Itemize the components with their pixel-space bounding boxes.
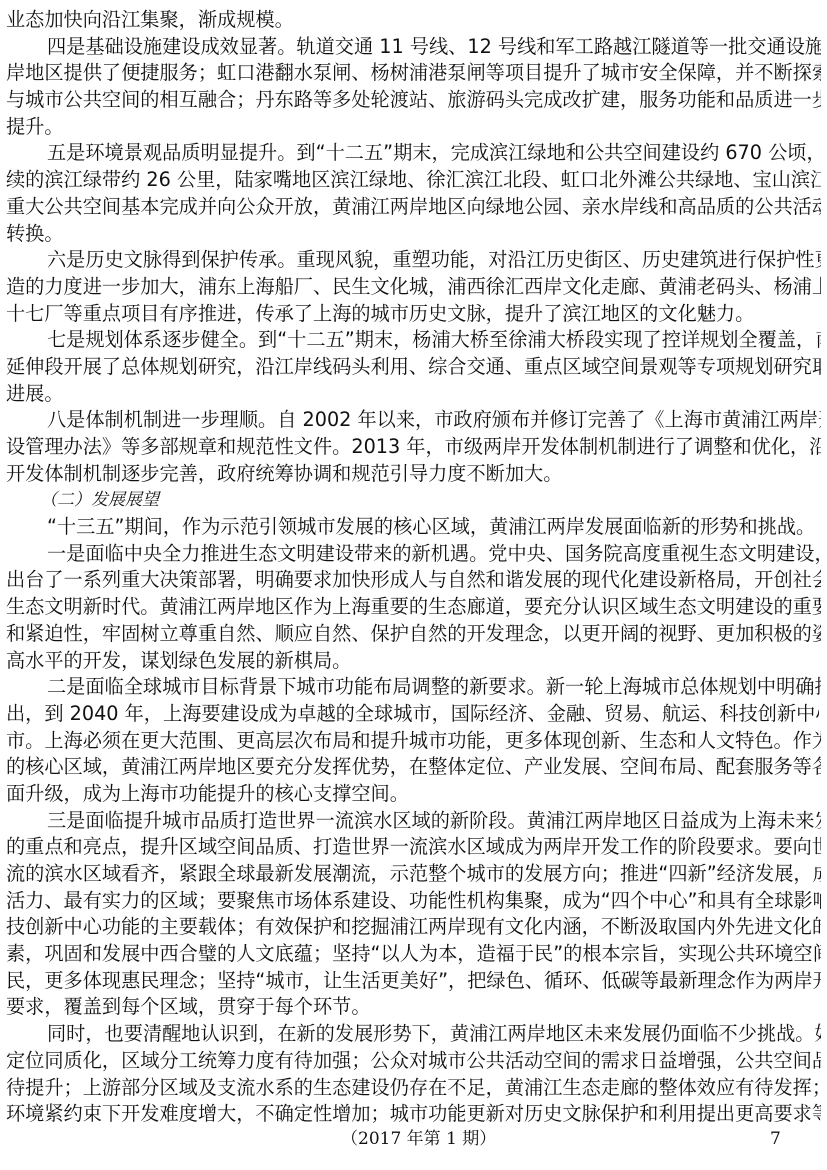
body-text: 业态加快向沿江集聚，渐成规模。四是基础设施建设成效显著。轨道交通 11 号线、1… xyxy=(6,7,821,1128)
text-line: 和紧迫性，牢固树立尊重自然、顺应自然、保护自然的开发理念，以更开阔的视野、更加积… xyxy=(6,621,821,648)
text-line: “十三五”期间，作为示范引领城市发展的核心区域，黄浦江两岸发展面临新的形势和挑战… xyxy=(6,514,821,541)
paragraph: 业态加快向沿江集聚，渐成规模。 xyxy=(6,7,821,34)
paragraph: 七是规划体系逐步健全。到“十二五”期末，杨浦大桥至徐浦大桥段实现了控详规划全覆盖… xyxy=(6,327,821,407)
issue-label: （2017 年第 1 期） xyxy=(341,1126,496,1152)
text-line: 七是规划体系逐步健全。到“十二五”期末，杨浦大桥至徐浦大桥段实现了控详规划全覆盖… xyxy=(6,327,821,354)
heading-text: （二）发展展望 xyxy=(6,487,821,514)
text-line: 出台了一系列重大决策部署，明确要求加快形成人与自然和谐发展的现代化建设新格局，开… xyxy=(6,567,821,594)
text-line: 四是基础设施建设成效显著。轨道交通 11 号线、12 号线和军工路越江隧道等一批… xyxy=(6,34,821,61)
paragraph: “十三五”期间，作为示范引领城市发展的核心区域，黄浦江两岸发展面临新的形势和挑战… xyxy=(6,514,821,541)
page-number: 7 xyxy=(770,1126,781,1152)
paragraph: 五是环境景观品质明显提升。到“十二五”期末，完成滨江绿地和公共空间建设约 670… xyxy=(6,140,821,247)
text-line: 十七厂等重点项目有序推进，传承了上海的城市历史文脉，提升了滨江地区的文化魅力。 xyxy=(6,301,821,328)
text-line: 要求，覆盖到每个区域，贯穿于每个环节。 xyxy=(6,994,821,1021)
text-line: 提升。 xyxy=(6,114,821,141)
text-line: 岸地区提供了便捷服务；虹口港翻水泵闸、杨树浦港泵闸等项目提升了城市安全保障，并不… xyxy=(6,60,821,87)
text-line: 六是历史文脉得到保护传承。重现风貌，重塑功能，对沿江历史街区、历史建筑进行保护性… xyxy=(6,247,821,274)
text-line: 生态文明新时代。黄浦江两岸地区作为上海重要的生态廊道，要充分认识区域生态文明建设… xyxy=(6,594,821,621)
text-line: 延伸段开展了总体规划研究，沿江岸线码头利用、综合交通、重点区域空间景观等专项规划… xyxy=(6,354,821,381)
text-line: 设管理办法》等多部规章和规范性文件。2013 年，市级两岸开发体制机制进行了调整… xyxy=(6,434,821,461)
text-line: 一是面临中央全力推进生态文明建设带来的新机遇。党中央、国务院高度重视生态文明建设… xyxy=(6,541,821,568)
paragraph: 六是历史文脉得到保护传承。重现风貌，重塑功能，对沿江历史街区、历史建筑进行保护性… xyxy=(6,247,821,327)
paragraph: 同时，也要清醒地认识到，在新的发展形势下，黄浦江两岸地区未来发展仍面临不少挑战。… xyxy=(6,1021,821,1128)
text-line: 转换。 xyxy=(6,221,821,248)
text-line: 素，巩固和发展中西合璧的人文底蕴；坚持“以人为本，造福于民”的根本宗旨，实现公共… xyxy=(6,941,821,968)
text-line: 的重点和亮点，提升区域空间品质、打造世界一流滨水区域成为两岸开发工作的阶段要求。… xyxy=(6,834,821,861)
text-line: 五是环境景观品质明显提升。到“十二五”期末，完成滨江绿地和公共空间建设约 670… xyxy=(6,140,821,167)
text-line: 的核心区域，黄浦江两岸地区要充分发挥优势，在整体定位、产业发展、空间布局、配套服… xyxy=(6,754,821,781)
text-line: 技创新中心功能的主要载体；有效保护和挖掘浦江两岸现有文化内涵，不断汲取国内外先进… xyxy=(6,914,821,941)
text-line: 进展。 xyxy=(6,381,821,408)
text-line: 民，更多体现惠民理念；坚持“城市，让生活更美好”，把绿色、循环、低碳等最新理念作… xyxy=(6,968,821,995)
text-line: 二是面临全球城市目标背景下城市功能布局调整的新要求。新一轮上海城市总体规划中明确… xyxy=(6,674,821,701)
page-footer: （2017 年第 1 期） 7 xyxy=(0,1126,827,1152)
text-line: 待提升；上游部分区域及支流水系的生态建设仍存在不足，黄浦江生态走廊的整体效应有待… xyxy=(6,1075,821,1102)
text-line: 面升级，成为上海市功能提升的核心支撑空间。 xyxy=(6,781,821,808)
text-line: 流的滨水区域看齐，紧跟全球最新发展潮流，示范整个城市的发展方向；推进“四新”经济… xyxy=(6,861,821,888)
paragraph: 一是面临中央全力推进生态文明建设带来的新机遇。党中央、国务院高度重视生态文明建设… xyxy=(6,541,821,674)
text-line: 开发体制机制逐步完善，政府统筹协调和规范引导力度不断加大。 xyxy=(6,461,821,488)
paragraph: 八是体制机制进一步理顺。自 2002 年以来，市政府颁布并修订完善了《上海市黄浦… xyxy=(6,407,821,487)
text-line: 环境紧约束下开发难度增大，不确定性增加；城市功能更新对历史文脉保护和利用提出更高… xyxy=(6,1101,821,1128)
section-heading: （二）发展展望 xyxy=(6,487,821,514)
text-line: 三是面临提升城市品质打造世界一流滨水区域的新阶段。黄浦江两岸地区日益成为上海未来… xyxy=(6,808,821,835)
text-line: 业态加快向沿江集聚，渐成规模。 xyxy=(6,7,821,34)
document-page: 业态加快向沿江集聚，渐成规模。四是基础设施建设成效显著。轨道交通 11 号线、1… xyxy=(6,7,821,1128)
paragraph: 三是面临提升城市品质打造世界一流滨水区域的新阶段。黄浦江两岸地区日益成为上海未来… xyxy=(6,808,821,1022)
text-line: 造的力度进一步加大，浦东上海船厂、民生文化城，浦西徐汇西岸文化走廊、黄浦老码头、… xyxy=(6,274,821,301)
paragraph: 四是基础设施建设成效显著。轨道交通 11 号线、12 号线和军工路越江隧道等一批… xyxy=(6,34,821,141)
text-line: 与城市公共空间的相互融合；丹东路等多处轮渡站、旅游码头完成改扩建，服务功能和品质… xyxy=(6,87,821,114)
text-line: 出，到 2040 年，上海要建设成为卓越的全球城市，国际经济、金融、贸易、航运、… xyxy=(6,701,821,728)
text-line: 活力、最有实力的区域；要聚焦市场体系建设、功能性机构集聚，成为“四个中心”和具有… xyxy=(6,888,821,915)
text-line: 同时，也要清醒地认识到，在新的发展形势下，黄浦江两岸地区未来发展仍面临不少挑战。… xyxy=(6,1021,821,1048)
text-line: 定位同质化，区域分工统筹力度有待加强；公众对城市公共活动空间的需求日益增强，公共… xyxy=(6,1048,821,1075)
text-line: 八是体制机制进一步理顺。自 2002 年以来，市政府颁布并修订完善了《上海市黄浦… xyxy=(6,407,821,434)
text-line: 市。上海必须在更大范围、更高层次布局和提升城市功能，更多体现创新、生态和人文特色… xyxy=(6,728,821,755)
text-line: 重大公共空间基本完成并向公众开放，黄浦江两岸地区向绿地公园、亲水岸线和高品质的公… xyxy=(6,194,821,221)
text-line: 高水平的开发，谋划绿色发展的新棋局。 xyxy=(6,648,821,675)
paragraph: 二是面临全球城市目标背景下城市功能布局调整的新要求。新一轮上海城市总体规划中明确… xyxy=(6,674,821,807)
text-line: 续的滨江绿带约 26 公里，陆家嘴地区滨江绿地、徐汇滨江北段、虹口北外滩公共绿地… xyxy=(6,167,821,194)
